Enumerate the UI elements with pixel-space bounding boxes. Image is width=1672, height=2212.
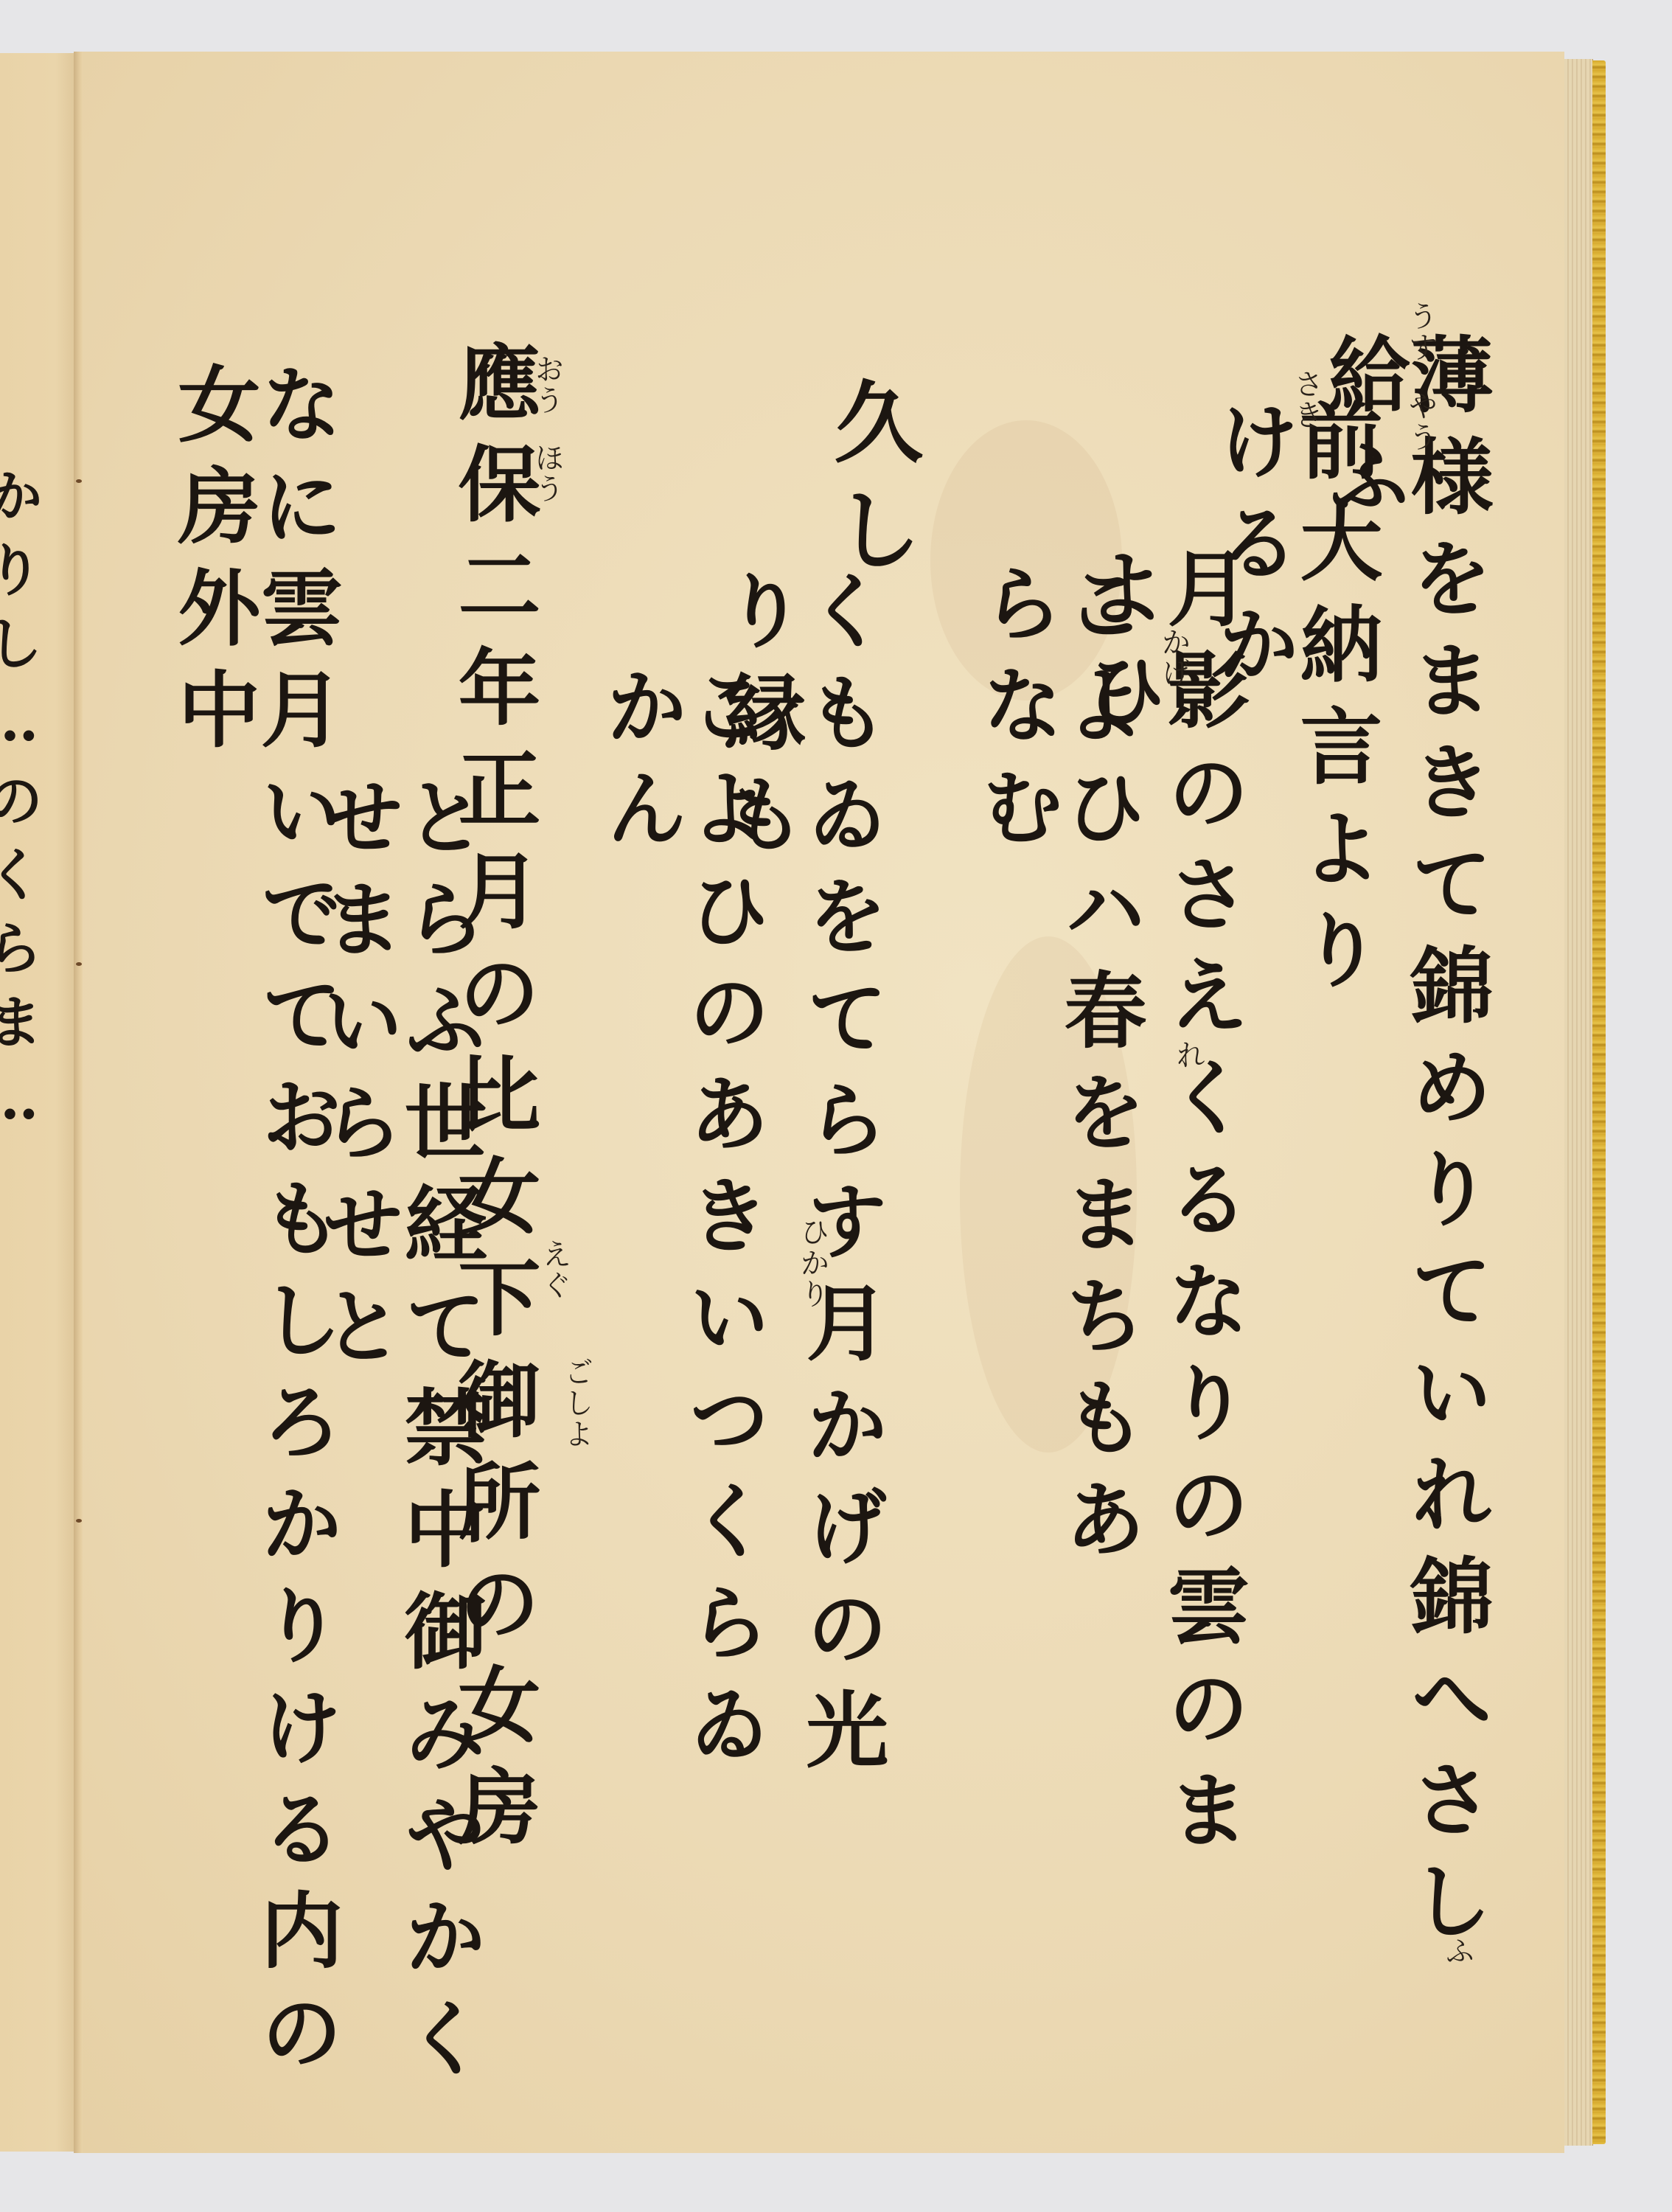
ruby-annotation: うす: [1406, 301, 1435, 363]
stitch-hole: [76, 962, 82, 966]
text-column-4: こよひハ春をまちもあらなむ: [975, 560, 1140, 1666]
left-page-text-fragment: かりし…のくらま…: [0, 466, 38, 1149]
ruby-annotation: ひかり: [798, 1217, 827, 1310]
page-stack-edge: [1564, 59, 1593, 2146]
ruby-annotation: さき: [1292, 369, 1321, 431]
stitch-hole: [76, 479, 82, 483]
ruby-annotation: ごしよ: [562, 1357, 591, 1450]
ruby-annotation: ほう: [532, 442, 562, 504]
left-page-edge: かりし…のくらま…: [0, 53, 80, 2152]
ruby-annotation: ふ: [1443, 1935, 1472, 1966]
text-column-7: こよひのあきいつくらゐかん: [599, 664, 764, 1843]
ruby-annotation: れ: [1174, 1040, 1203, 1071]
ruby-annotation: かげ: [1159, 627, 1188, 689]
ruby-annotation: えぐ: [540, 1239, 569, 1301]
right-page: 薄様をまきて錦めりていれ錦へさし給ふ うす やう ふ 前大納言よりけるか さき …: [83, 52, 1564, 2153]
gilt-fore-edge: [1592, 60, 1606, 2144]
ruby-annotation: おう: [532, 354, 562, 416]
stitch-hole: [76, 1519, 82, 1523]
book-spread: かりし…のくらま… 薄様をまきて錦めりていれ錦へさし給ふ うす やう ふ 前大納…: [0, 52, 1607, 2153]
text-column-10: なに雲月いでておもしろかりける内の女房外中: [171, 361, 336, 2131]
ruby-annotation: やう: [1406, 391, 1435, 453]
